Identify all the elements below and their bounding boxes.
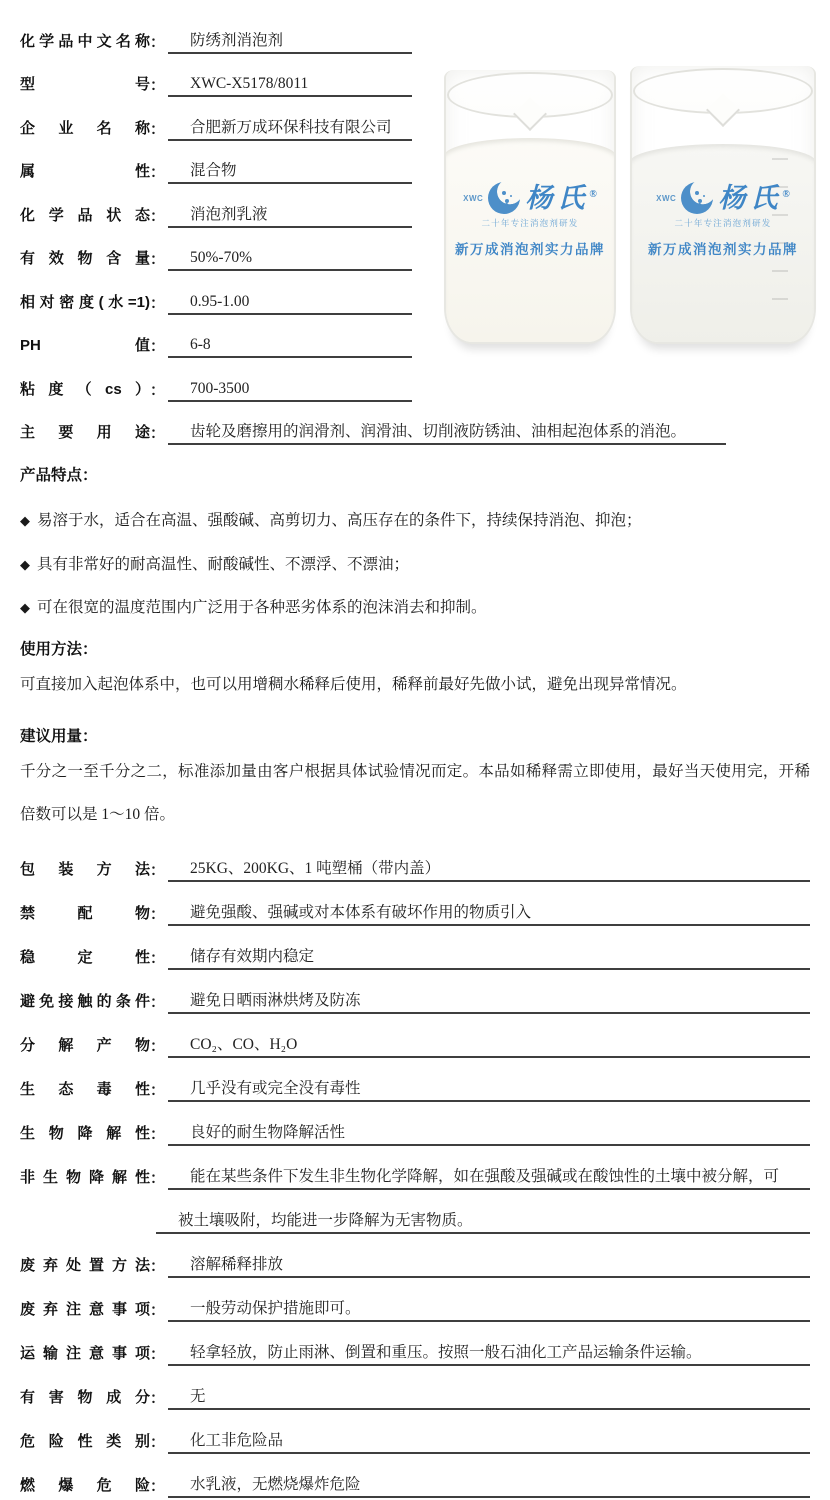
field-row-abiotic-degradability: 非生物降解性：能在某些条件下发生非生物化学降解，如在强酸及强碱或在酸蚀性的土壤中… <box>20 1146 810 1190</box>
field-colon: ： <box>150 74 165 97</box>
field-colon: ： <box>150 422 165 445</box>
field-colon: ： <box>150 31 165 54</box>
field-value: 混合物 <box>168 158 412 184</box>
field-colon: ： <box>150 1167 165 1190</box>
field-row-transport-precautions: 运输注意事项：轻拿轻放，防止雨淋、倒置和重压。按照一般石油化工产品运输条件运输。 <box>20 1322 810 1366</box>
spec-fields-top: 化学品中文名称：防绣剂消泡剂 型号：XWC-X5178/8011 企业名称：合肥… <box>20 10 412 402</box>
feature-text: 具有非常好的耐高温性、耐酸碱性、不漂浮、不漂油； <box>37 552 409 576</box>
field-value: 避免日晒雨淋烘烤及防冻 <box>168 988 810 1014</box>
brand-name: 杨氏® <box>525 185 596 212</box>
brand-slogan: 新万成消泡剂实力品牌 <box>632 238 814 258</box>
field-label: 运输注意事项 <box>20 1345 150 1366</box>
diamond-bullet-icon: ◆ <box>20 557 30 576</box>
brand-text: 杨氏 <box>525 183 589 213</box>
field-row-density: 相对密度(水=1)：0.95-1.00 <box>20 271 412 315</box>
field-value: 能在某些条件下发生非生物化学降解，如在强酸及强碱或在酸蚀性的土壤中被分解，可 <box>168 1164 810 1190</box>
field-label: 包装方法 <box>20 861 150 882</box>
field-row-disposal-method: 废弃处置方法：溶解稀释排放 <box>20 1234 810 1278</box>
feature-bullet-3: ◆ 可在很宽的温度范围内广泛用于各种恶劣体系的泡沫消去和抑制。 <box>20 576 810 620</box>
section-usage: 使用方法： <box>20 619 810 663</box>
field-value: XWC-X5178/8011 <box>168 75 412 97</box>
field-row-stability: 稳定性：储存有效期内稳定 <box>20 926 810 970</box>
xwc-badge: XWC <box>463 194 483 203</box>
field-value: 溶解稀释排放 <box>168 1252 810 1278</box>
feature-text: 易溶于水，适合在高温、强酸碱、高剪切力、高压存在的条件下，持续保持消泡、抑泡； <box>37 508 642 532</box>
field-label: 属性 <box>20 163 150 184</box>
field-value: 储存有效期内稳定 <box>168 944 810 970</box>
field-row-chemical-name: 化学品中文名称：防绣剂消泡剂 <box>20 10 412 54</box>
field-colon: ： <box>150 118 165 141</box>
product-photo: XWC 杨氏® 二十年专注消泡剂研发 新万成消泡剂实力品牌 XWC 杨氏® 二十… <box>438 28 820 348</box>
brand-tagline: 二十年专注消泡剂研发 <box>632 217 814 229</box>
field-row-avoid-conditions: 避免接触的条件：避免日晒雨淋烘烤及防冻 <box>20 970 810 1014</box>
field-label: 化学品中文名称 <box>20 33 150 54</box>
field-colon: ： <box>150 947 165 970</box>
field-row-main-use: 主要用途：齿轮及磨擦用的润滑剂、润滑油、切削液防锈油、油相起泡体系的消泡。 <box>20 402 726 446</box>
field-value: 700-3500 <box>168 380 412 402</box>
field-value: 避免强酸、强碱或对本体系有破坏作用的物质引入 <box>168 900 810 926</box>
field-row-disposal-precautions: 废弃注意事项：一般劳动保护措施即可。 <box>20 1278 810 1322</box>
field-value: 0.95-1.00 <box>168 293 412 315</box>
beaker-milky-sample: XWC 杨氏® 二十年专注消泡剂研发 新万成消泡剂实力品牌 <box>444 70 616 344</box>
field-colon: ： <box>150 205 165 228</box>
field-label: 有效物含量 <box>20 250 150 271</box>
registered-mark: ® <box>589 189 596 200</box>
field-value-continued: 被土壤吸附，均能进一步降解为无害物质。 <box>156 1208 810 1234</box>
field-label: 有害物成分 <box>20 1389 150 1410</box>
field-label: 生物降解性 <box>20 1125 150 1146</box>
field-colon: ： <box>150 161 165 184</box>
field-row-decomposition: 分解产物：CO₂、CO、H₂O <box>20 1014 810 1058</box>
field-row-biodegradability: 生物降解性：良好的耐生物降解活性 <box>20 1102 810 1146</box>
field-colon: ： <box>150 1431 165 1454</box>
brand-slogan: 新万成消泡剂实力品牌 <box>446 238 614 258</box>
section-features: 产品特点： <box>20 445 810 489</box>
field-label: 粘度（cs） <box>20 381 150 402</box>
field-value: 几乎没有或完全没有毒性 <box>168 1076 810 1102</box>
section-title-dosage: 建议用量： <box>20 724 98 750</box>
brand-name: 杨氏® <box>718 185 789 212</box>
field-value: 一般劳动保护措施即可。 <box>168 1296 810 1322</box>
field-value: 50%-70% <box>168 249 412 271</box>
field-label: 生态毒性 <box>20 1081 150 1102</box>
field-row-harmful-components: 有害物成分：无 <box>20 1366 810 1410</box>
field-label: 废弃处置方法 <box>20 1257 150 1278</box>
feature-bullet-1: ◆ 易溶于水，适合在高温、强酸碱、高剪切力、高压存在的条件下，持续保持消泡、抑泡… <box>20 489 810 533</box>
field-value: 水乳液，无燃烧爆炸危险 <box>168 1472 810 1498</box>
brand-logo-row: XWC 杨氏® <box>632 182 814 214</box>
section-dosage: 建议用量： <box>20 706 810 750</box>
beaker-clear-sample: XWC 杨氏® 二十年专注消泡剂研发 新万成消泡剂实力品牌 <box>630 66 816 344</box>
field-row-active-content: 有效物含量：50%-70% <box>20 228 412 272</box>
field-label: 避免接触的条件 <box>20 993 150 1014</box>
field-colon: ： <box>150 379 165 402</box>
field-value: 消泡剂乳液 <box>168 202 412 228</box>
field-value: 6-8 <box>168 336 412 358</box>
field-value: 合肥新万成环保科技有限公司 <box>168 115 412 141</box>
field-value: 25KG、200KG、1 吨塑桶（带内盖） <box>168 856 810 882</box>
field-label: 燃爆危险 <box>20 1477 150 1498</box>
brand-logo: XWC 杨氏® 二十年专注消泡剂研发 新万成消泡剂实力品牌 <box>632 182 814 258</box>
brand-text: 杨氏 <box>718 183 782 213</box>
section-title-features: 产品特点： <box>20 463 98 489</box>
section-title-usage: 使用方法： <box>20 637 98 663</box>
field-row-attribute: 属性：混合物 <box>20 141 412 185</box>
field-value: 防绣剂消泡剂 <box>168 28 412 54</box>
field-label: 分解产物 <box>20 1037 150 1058</box>
field-row-ecotoxicity: 生态毒性：几乎没有或完全没有毒性 <box>20 1058 810 1102</box>
field-colon: ： <box>150 1255 165 1278</box>
field-value: 无 <box>168 1384 810 1410</box>
feature-text: 可在很宽的温度范围内广泛用于各种恶劣体系的泡沫消去和抑制。 <box>37 595 487 619</box>
diamond-bullet-icon: ◆ <box>20 513 30 532</box>
field-colon: ： <box>150 292 165 315</box>
field-colon: ： <box>150 1035 165 1058</box>
field-colon: ： <box>150 248 165 271</box>
field-label: PH 值 <box>20 337 150 358</box>
brand-logo-row: XWC 杨氏® <box>446 182 614 214</box>
field-label: 稳定性 <box>20 949 150 970</box>
field-label: 相对密度(水=1) <box>20 294 150 315</box>
field-value: 齿轮及磨擦用的润滑剂、润滑油、切削液防锈油、油相起泡体系的消泡。 <box>168 419 726 445</box>
field-row-ph: PH 值：6-8 <box>20 315 412 359</box>
field-row-company: 企业名称：合肥新万成环保科技有限公司 <box>20 97 412 141</box>
field-colon: ： <box>150 1123 165 1146</box>
xwc-badge: XWC <box>656 194 676 203</box>
field-value: CO₂、CO、H₂O <box>168 1032 810 1058</box>
field-row-model: 型号：XWC-X5178/8011 <box>20 54 412 98</box>
field-label: 禁配物 <box>20 905 150 926</box>
field-colon: ： <box>150 859 165 882</box>
dosage-paragraph: 千分之一至千分之二，标准添加量由客户根据具体试验情况而定。本品如稀释需立即使用，… <box>20 750 810 837</box>
field-colon: ： <box>150 1475 165 1498</box>
crescent-moon-icon <box>488 182 520 214</box>
field-row-state: 化学品状态：消泡剂乳液 <box>20 184 412 228</box>
field-value: 轻拿轻放，防止雨淋、倒置和重压。按照一般石油化工产品运输条件运输。 <box>168 1340 810 1366</box>
registered-mark: ® <box>782 189 789 200</box>
product-datasheet: XWC 杨氏® 二十年专注消泡剂研发 新万成消泡剂实力品牌 XWC 杨氏® 二十… <box>0 0 830 1500</box>
spec-fields-bottom: 包装方法：25KG、200KG、1 吨塑桶（带内盖） 禁配物：避免强酸、强碱或对… <box>20 838 810 1498</box>
usage-paragraph: 可直接加入起泡体系中，也可以用增稠水稀释后使用，稀释前最好先做小试，避免出现异常… <box>20 663 810 707</box>
field-row-abiotic-degradability-cont: 被土壤吸附，均能进一步降解为无害物质。 <box>20 1190 810 1234</box>
field-value: 化工非危险品 <box>168 1428 810 1454</box>
field-label: 化学品状态 <box>20 207 150 228</box>
brand-tagline: 二十年专注消泡剂研发 <box>446 217 614 229</box>
field-colon: ： <box>150 335 165 358</box>
field-label: 废弃注意事项 <box>20 1301 150 1322</box>
field-label: 非生物降解性 <box>20 1169 150 1190</box>
field-colon: ： <box>150 903 165 926</box>
field-label: 危险性类别 <box>20 1433 150 1454</box>
field-colon: ： <box>150 1343 165 1366</box>
field-colon: ： <box>150 1079 165 1102</box>
field-row-packaging: 包装方法：25KG、200KG、1 吨塑桶（带内盖） <box>20 838 810 882</box>
field-row-hazard-class: 危险性类别：化工非危险品 <box>20 1410 810 1454</box>
feature-bullet-2: ◆ 具有非常好的耐高温性、耐酸碱性、不漂浮、不漂油； <box>20 532 810 576</box>
field-row-incompatibles: 禁配物：避免强酸、强碱或对本体系有破坏作用的物质引入 <box>20 882 810 926</box>
field-label: 型号 <box>20 76 150 97</box>
diamond-bullet-icon: ◆ <box>20 600 30 619</box>
crescent-moon-icon <box>681 182 713 214</box>
field-label: 企业名称 <box>20 120 150 141</box>
brand-logo: XWC 杨氏® 二十年专注消泡剂研发 新万成消泡剂实力品牌 <box>446 182 614 258</box>
field-colon: ： <box>150 1299 165 1322</box>
field-row-explosion-hazard: 燃爆危险：水乳液，无燃烧爆炸危险 <box>20 1454 810 1498</box>
field-colon: ： <box>150 1387 165 1410</box>
field-row-viscosity: 粘度（cs）：700-3500 <box>20 358 412 402</box>
field-colon: ： <box>150 991 165 1014</box>
field-label: 主要用途 <box>20 424 150 445</box>
field-value: 良好的耐生物降解活性 <box>168 1120 810 1146</box>
